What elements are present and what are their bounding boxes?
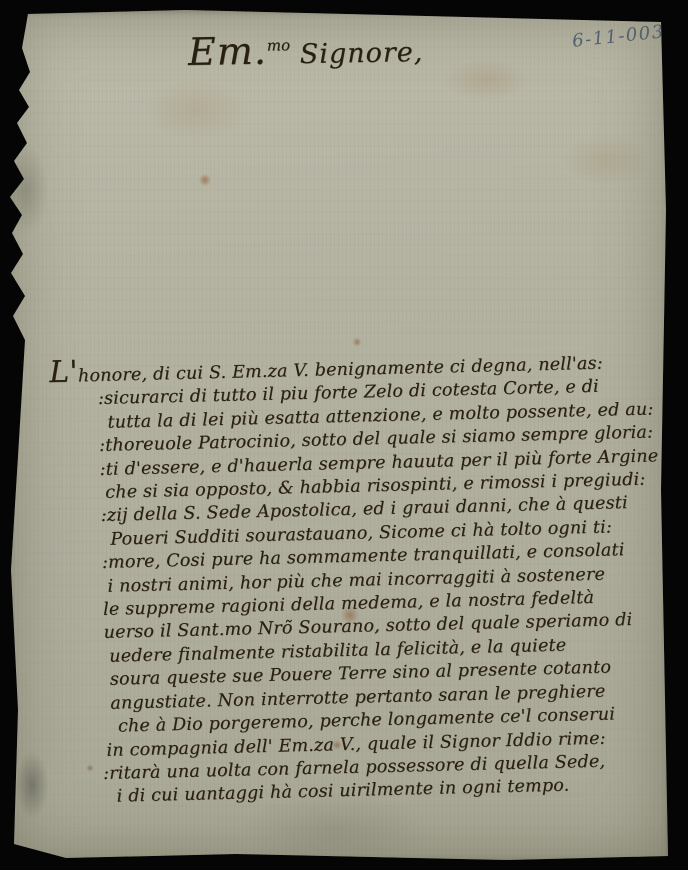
- manuscript-paper: 6-11-003 Em.mo Signore, L'honore, di cui…: [6, 10, 670, 862]
- scan-background: 6-11-003 Em.mo Signore, L'honore, di cui…: [0, 0, 688, 870]
- salutation: Em.mo Signore,: [188, 26, 424, 74]
- salutation-prefix: Em.: [188, 29, 268, 74]
- letter-body: L'honore, di cui S. Em.za V. benignament…: [97, 346, 674, 809]
- salutation-superscript: mo: [267, 36, 291, 54]
- salutation-rest: Signore,: [290, 37, 424, 70]
- archival-number: 6-11-003: [571, 21, 666, 52]
